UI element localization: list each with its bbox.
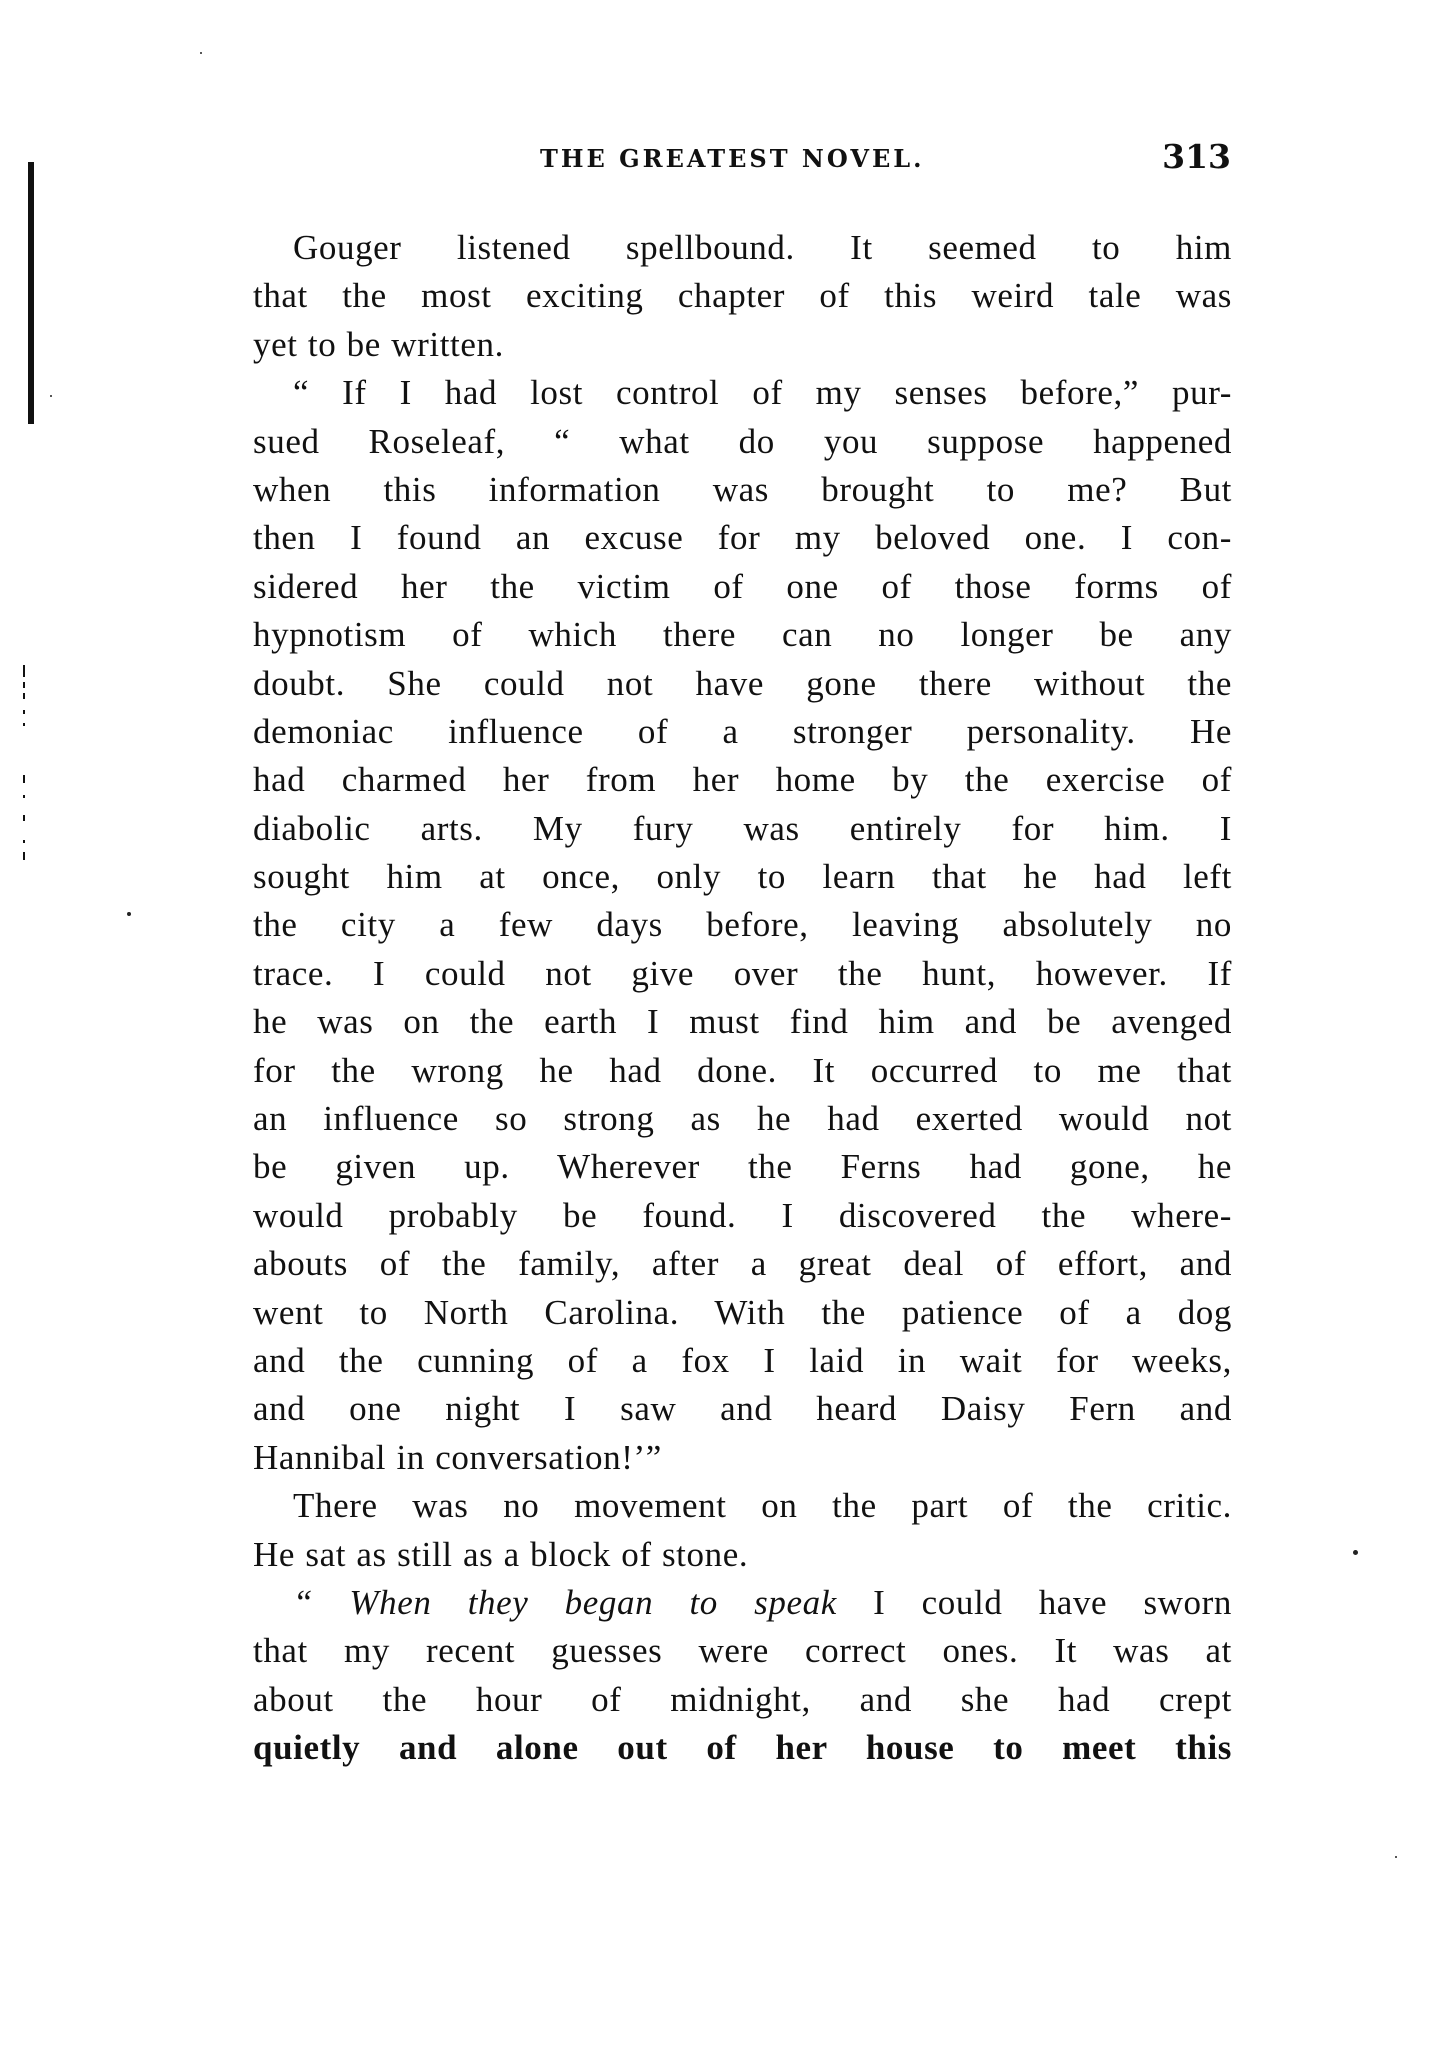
text-line: doubt. She could not have gone there wit… <box>253 660 1232 708</box>
text-line: about the hour of midnight, and she had … <box>253 1676 1232 1724</box>
text-line: sought him at once, only to learn that h… <box>253 853 1232 901</box>
text-line: went to North Carolina. With the patienc… <box>253 1289 1232 1337</box>
margin-scan-dash <box>23 852 25 860</box>
page-number: 313 <box>1162 140 1231 174</box>
text-line: diabolic arts. My fury was entirely for … <box>253 805 1232 853</box>
text-run: I could have sworn <box>837 1583 1232 1622</box>
text-line: Hannibal in conversation!’” <box>253 1434 1232 1482</box>
text-line: quietly and alone out of her house to me… <box>253 1724 1232 1772</box>
text-line: He sat as still as a block of stone. <box>253 1531 1232 1579</box>
italic-text: “ When they began to speak <box>293 1583 837 1622</box>
running-head: THE GREATEST NOVEL. 313 <box>253 140 1231 174</box>
text-line: trace. I could not give over the hunt, h… <box>253 950 1232 998</box>
margin-scan-dash <box>23 693 25 699</box>
margin-scan-dash <box>23 682 25 688</box>
text-line: and one night I saw and heard Daisy Fern… <box>253 1385 1232 1433</box>
text-line: yet to be written. <box>253 321 1232 369</box>
text-line: There was no movement on the part of the… <box>253 1482 1232 1530</box>
scan-speck <box>1353 1550 1358 1555</box>
text-line: “ When they began to speak I could have … <box>253 1579 1232 1627</box>
margin-scan-dash <box>23 795 25 798</box>
text-line: for the wrong he had done. It occurred t… <box>253 1047 1232 1095</box>
text-line: abouts of the family, after a great deal… <box>253 1240 1232 1288</box>
text-line: he was on the earth I must find him and … <box>253 998 1232 1046</box>
text-line: had charmed her from her home by the exe… <box>253 756 1232 804</box>
text-line: hypnotism of which there can no longer b… <box>253 611 1232 659</box>
paragraph: Gouger listened spellbound. It seemed to… <box>253 224 1232 369</box>
book-page: THE GREATEST NOVEL. 313 Gouger listened … <box>0 0 1431 2070</box>
text-line: would probably be found. I discovered th… <box>253 1192 1232 1240</box>
running-title: THE GREATEST NOVEL. <box>540 144 925 173</box>
text-line: an influence so strong as he had exerted… <box>253 1095 1232 1143</box>
paragraph: There was no movement on the part of the… <box>253 1482 1232 1579</box>
text-line: sidered her the victim of one of those f… <box>253 563 1232 611</box>
text-line: be given up. Wherever the Ferns had gone… <box>253 1143 1232 1191</box>
margin-scan-dash <box>23 665 25 677</box>
margin-scan-dash <box>23 815 25 821</box>
text-line: the city a few days before, leaving abso… <box>253 901 1232 949</box>
margin-scan-dash <box>23 840 25 843</box>
text-line: then I found an excuse for my beloved on… <box>253 514 1232 562</box>
text-line: that my recent guesses were correct ones… <box>253 1627 1232 1675</box>
text-line: and the cunning of a fox I laid in wait … <box>253 1337 1232 1385</box>
text-line: sued Roseleaf, “ what do you suppose hap… <box>253 418 1232 466</box>
body-text: Gouger listened spellbound. It seemed to… <box>253 224 1232 1773</box>
paragraph: “ When they began to speak I could have … <box>253 1579 1232 1773</box>
margin-scan-dash <box>23 723 25 726</box>
margin-scan-bar <box>28 162 34 424</box>
text-line: that the most exciting chapter of this w… <box>253 272 1232 320</box>
margin-scan-dash <box>23 710 25 714</box>
text-line: demoniac influence of a stronger persona… <box>253 708 1232 756</box>
scan-speck <box>50 395 52 397</box>
margin-scan-dash <box>23 775 25 783</box>
text-line: Gouger listened spellbound. It seemed to… <box>253 224 1232 272</box>
scan-speck <box>1395 1856 1397 1858</box>
scan-speck <box>200 52 202 54</box>
text-line: “ If I had lost control of my senses bef… <box>253 369 1232 417</box>
scan-speck <box>127 912 131 916</box>
paragraph: “ If I had lost control of my senses bef… <box>253 369 1232 1482</box>
text-line: when this information was brought to me?… <box>253 466 1232 514</box>
